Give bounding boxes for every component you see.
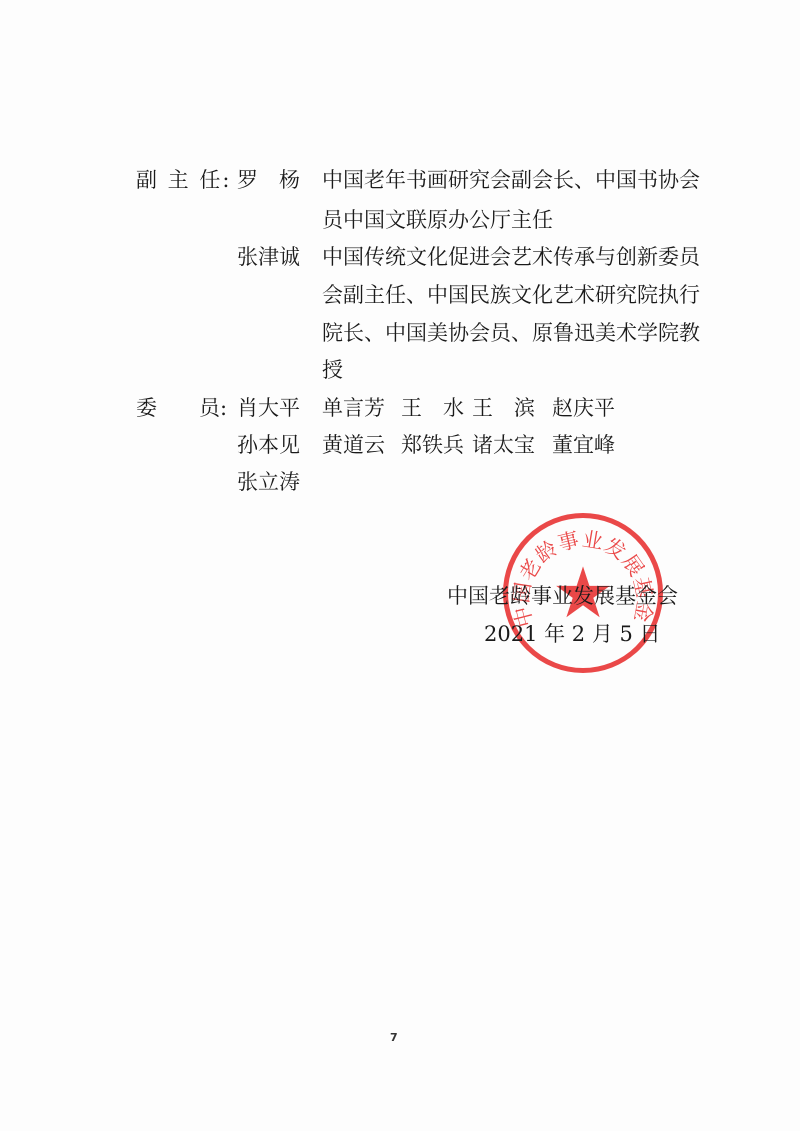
member-name: 王 滨 (472, 396, 535, 420)
vice-director-2-desc-line-2: 会副主任、中国民族文化艺术研究院执行 (322, 283, 700, 307)
member-name: 郑铁兵 (401, 433, 464, 457)
member-name: 董宜峰 (552, 433, 615, 457)
vice-director-1-desc-line-2: 员中国文联原办公厅主任 (322, 208, 553, 232)
member-name: 孙本见 (237, 433, 300, 457)
vice-director-2-desc-line-1: 中国传统文化促进会艺术传承与创新委员 (322, 245, 700, 269)
vice-director-name-1: 罗 杨 (237, 168, 300, 192)
member-name: 诸太宝 (472, 433, 535, 457)
vice-director-2-desc-line-3: 院长、中国美协会员、原鲁迅美术学院教 (322, 321, 700, 345)
vice-director-name-2: 张津诚 (237, 245, 300, 269)
signature-organization: 中国老龄事业发展基金会 (447, 584, 678, 608)
vice-director-2-desc-line-4: 授 (322, 358, 343, 382)
member-name: 单言芳 (322, 396, 385, 420)
vice-director-1-desc-line-1: 中国老年书画研究会副会长、中国书协会 (322, 168, 700, 192)
member-name: 王 水 (401, 396, 464, 420)
member-name: 张立涛 (237, 470, 300, 494)
member-name: 赵庆平 (552, 396, 615, 420)
signature-date: 2021 年 2 月 5 日 (484, 622, 661, 646)
member-name: 肖大平 (237, 396, 300, 420)
vice-director-label: 副 主 任: (136, 168, 231, 192)
member-name: 黄道云 (322, 433, 385, 457)
document-page: 副 主 任: 罗 杨 中国老年书画研究会副会长、中国书协会 员中国文联原办公厅主… (0, 0, 800, 1131)
members-label: 委 员: (136, 396, 227, 420)
page-number: 7 (390, 1031, 398, 1044)
